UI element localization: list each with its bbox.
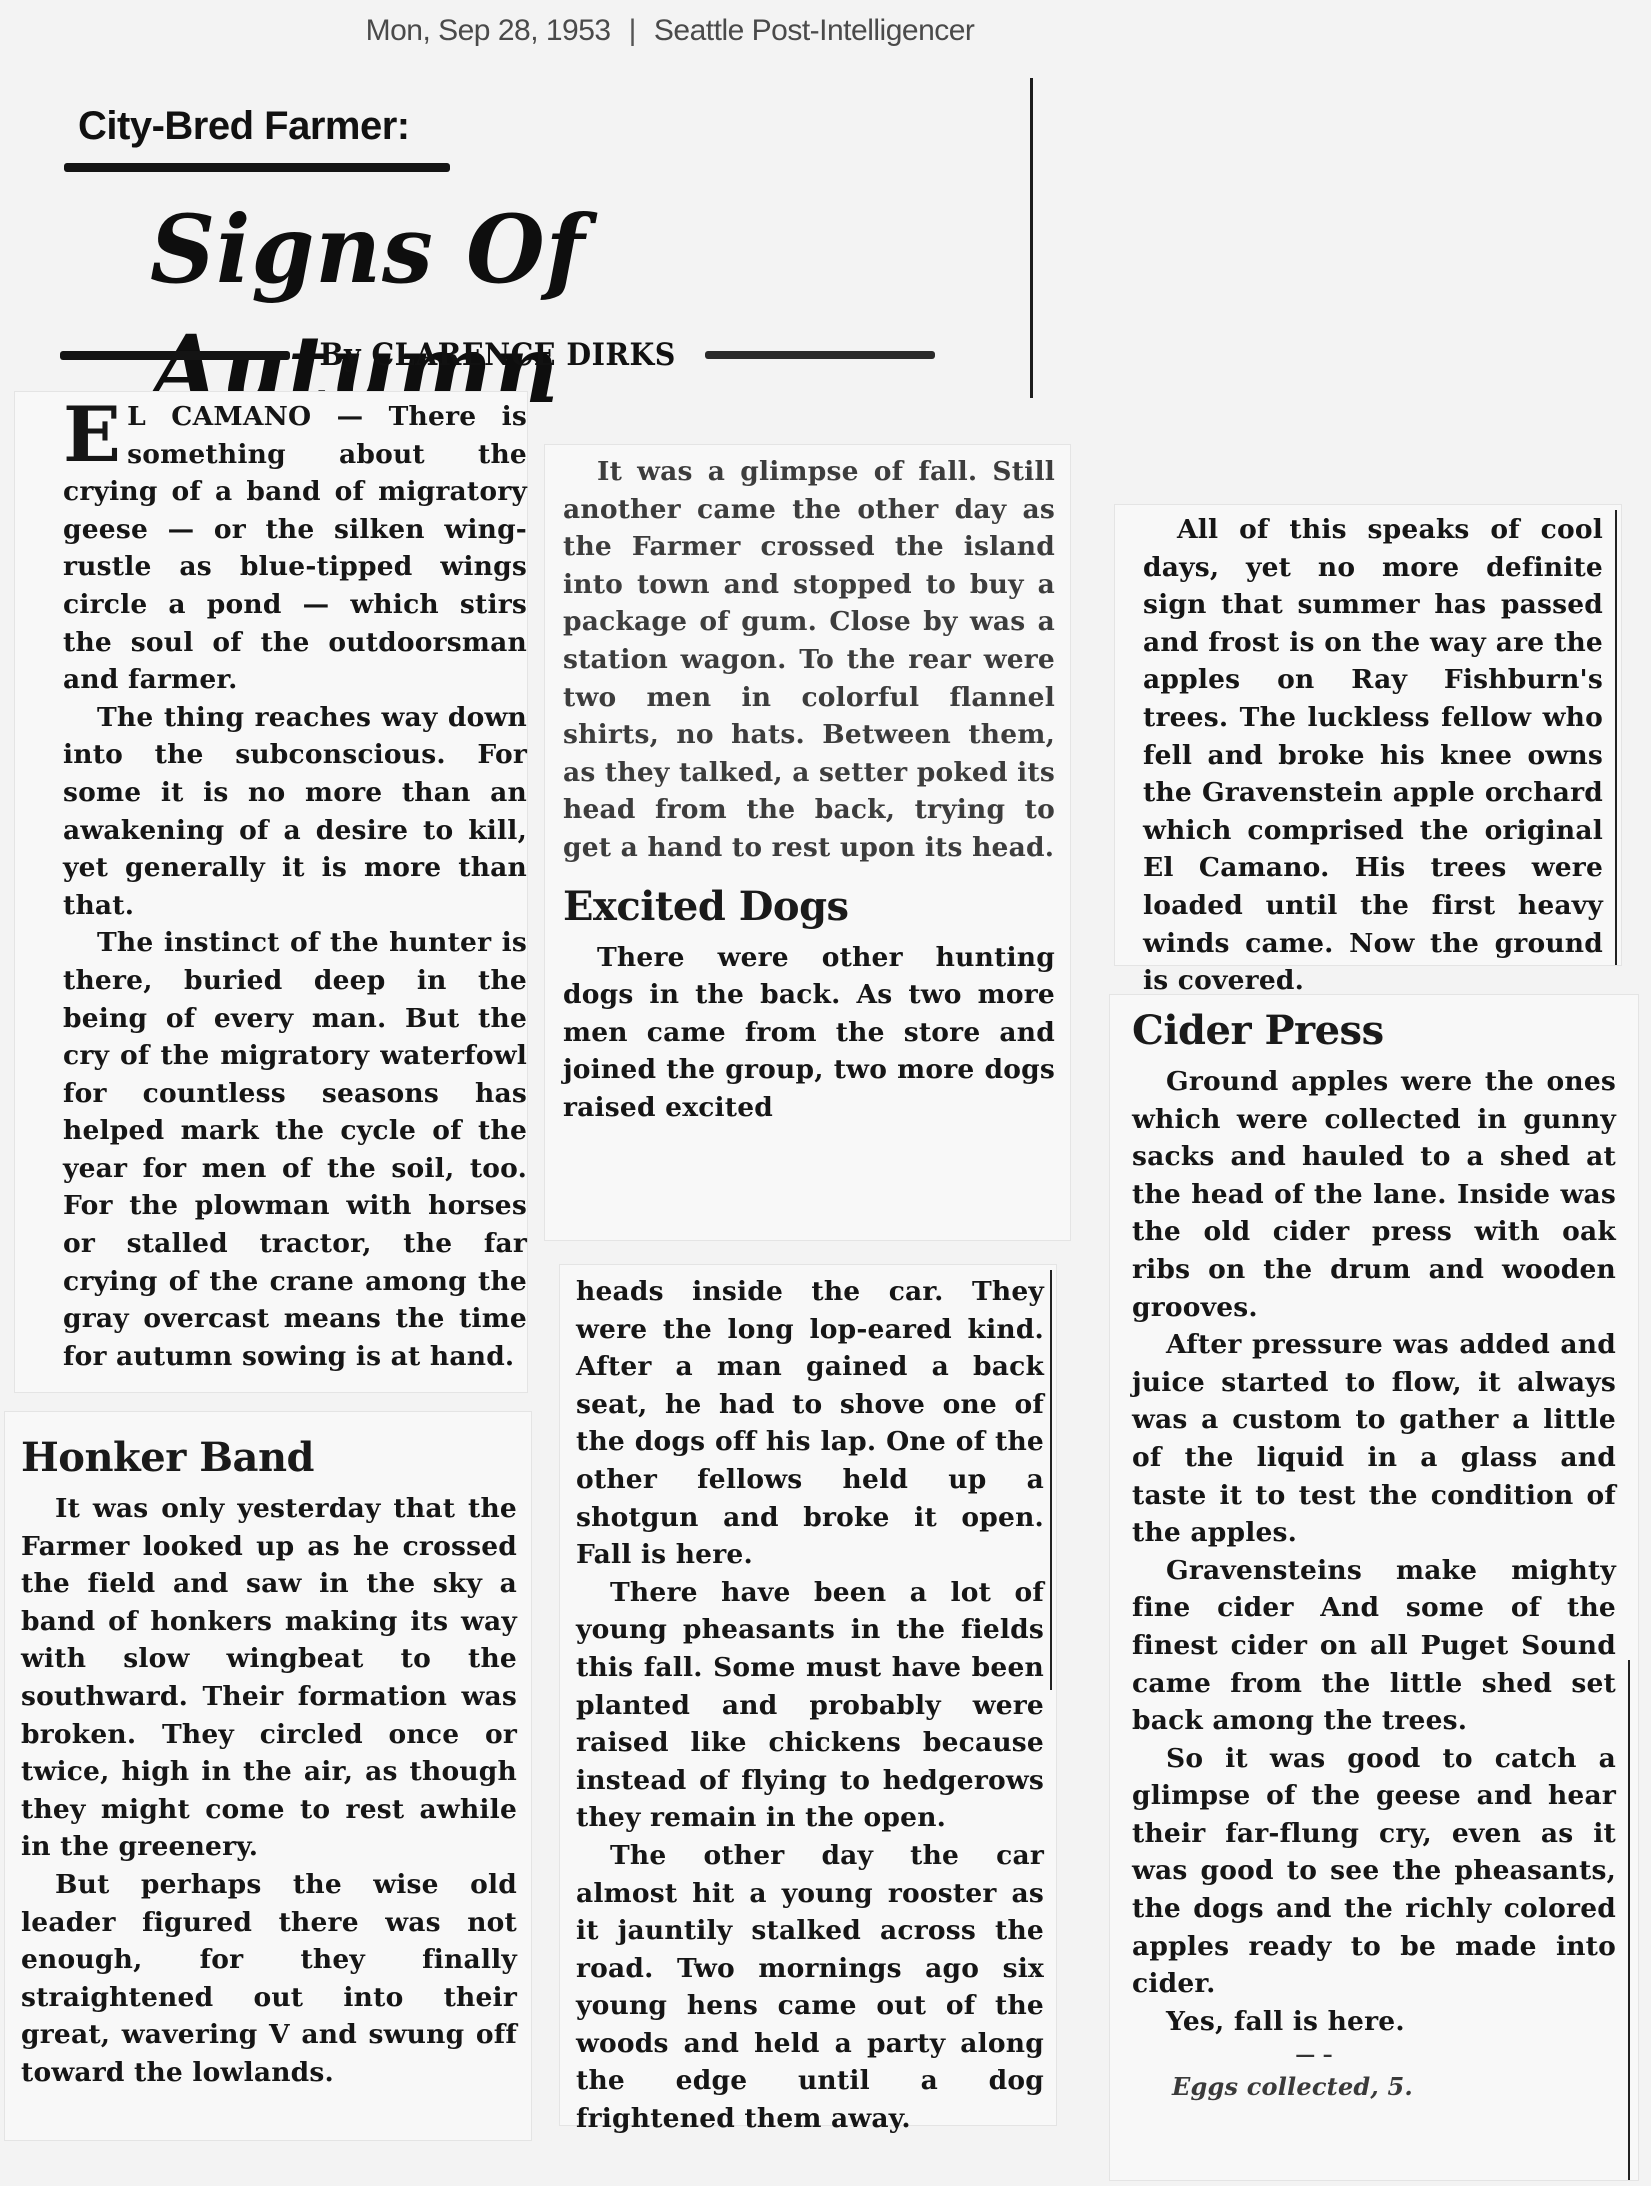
dateline: Mon, Sep 28, 1953|Seattle Post-Intellige…: [310, 14, 1030, 48]
rooster-paragraph: The other day the car almost hit a young…: [576, 1837, 1044, 2138]
byline-rule-left: [60, 351, 290, 360]
column-rule: [1050, 1270, 1052, 1690]
subhead-cider-press: Cider Press: [1132, 1005, 1616, 1057]
end-separator: — –: [1132, 2040, 1616, 2068]
column-rule: [1615, 510, 1617, 965]
vertical-rule: [1030, 78, 1033, 398]
article-kicker: City-Bred Farmer:: [78, 104, 410, 149]
intro-paragraph: The thing reaches way down into the subc…: [63, 699, 527, 925]
column-rule: [1628, 1660, 1630, 2180]
cider-paragraph: Ground apples were the ones which were c…: [1132, 1063, 1616, 1326]
honker-paragraph: But perhaps the wise old leader figured …: [21, 1866, 517, 2092]
honker-paragraph: It was only yesterday that the Farmer lo…: [21, 1490, 517, 1866]
dogs-paragraph: There were other hunting dogs in the bac…: [563, 939, 1055, 1127]
subhead-excited-dogs: Excited Dogs: [563, 881, 1055, 933]
clipping-cool-days: All of this speaks of cool days, yet no …: [1115, 505, 1621, 965]
clipping-glimpse: It was a glimpse of fall. Still another …: [545, 445, 1070, 1240]
clipping-dogs-continued: heads inside the car. They were the long…: [560, 1265, 1056, 2125]
byline-rule-right: [705, 351, 935, 359]
dropcap-letter: E: [63, 404, 121, 466]
pheasants-paragraph: There have been a lot of young pheasants…: [576, 1574, 1044, 1837]
byline: By CLARENCE DIRKS: [319, 337, 675, 373]
closing-line: Yes, fall is here.: [1132, 2003, 1616, 2041]
eggs-footnote: Eggs collected, 5.: [1172, 2068, 1616, 2106]
byline-row: By CLARENCE DIRKS: [60, 330, 1010, 380]
kicker-underline: [64, 163, 450, 172]
dateline-separator: |: [629, 14, 636, 47]
cider-paragraph: Gravensteins make mighty fine cider And …: [1132, 1552, 1616, 1740]
clipping-cider-press: Cider Press Ground apples were the ones …: [1110, 995, 1638, 2180]
clipping-honker-band: Honker Band It was only yesterday that t…: [5, 1412, 531, 2140]
intro-paragraph: EL CAMANO — There is something about the…: [63, 398, 527, 699]
subhead-honker-band: Honker Band: [21, 1432, 517, 1484]
intro-paragraph: The instinct of the hunter is there, bur…: [63, 924, 527, 1375]
cool-days-paragraph: All of this speaks of cool days, yet no …: [1143, 511, 1603, 1000]
glimpse-paragraph: It was a glimpse of fall. Still another …: [563, 453, 1055, 867]
dogs-paragraph: heads inside the car. They were the long…: [576, 1273, 1044, 1574]
publication-date: Mon, Sep 28, 1953: [366, 14, 611, 47]
newspaper-name: Seattle Post-Intelligencer: [654, 14, 975, 47]
clipping-intro: EL CAMANO — There is something about the…: [15, 392, 527, 1392]
cider-paragraph: So it was good to catch a glimpse of the…: [1132, 1740, 1616, 2003]
cider-paragraph: After pressure was added and juice start…: [1132, 1326, 1616, 1552]
